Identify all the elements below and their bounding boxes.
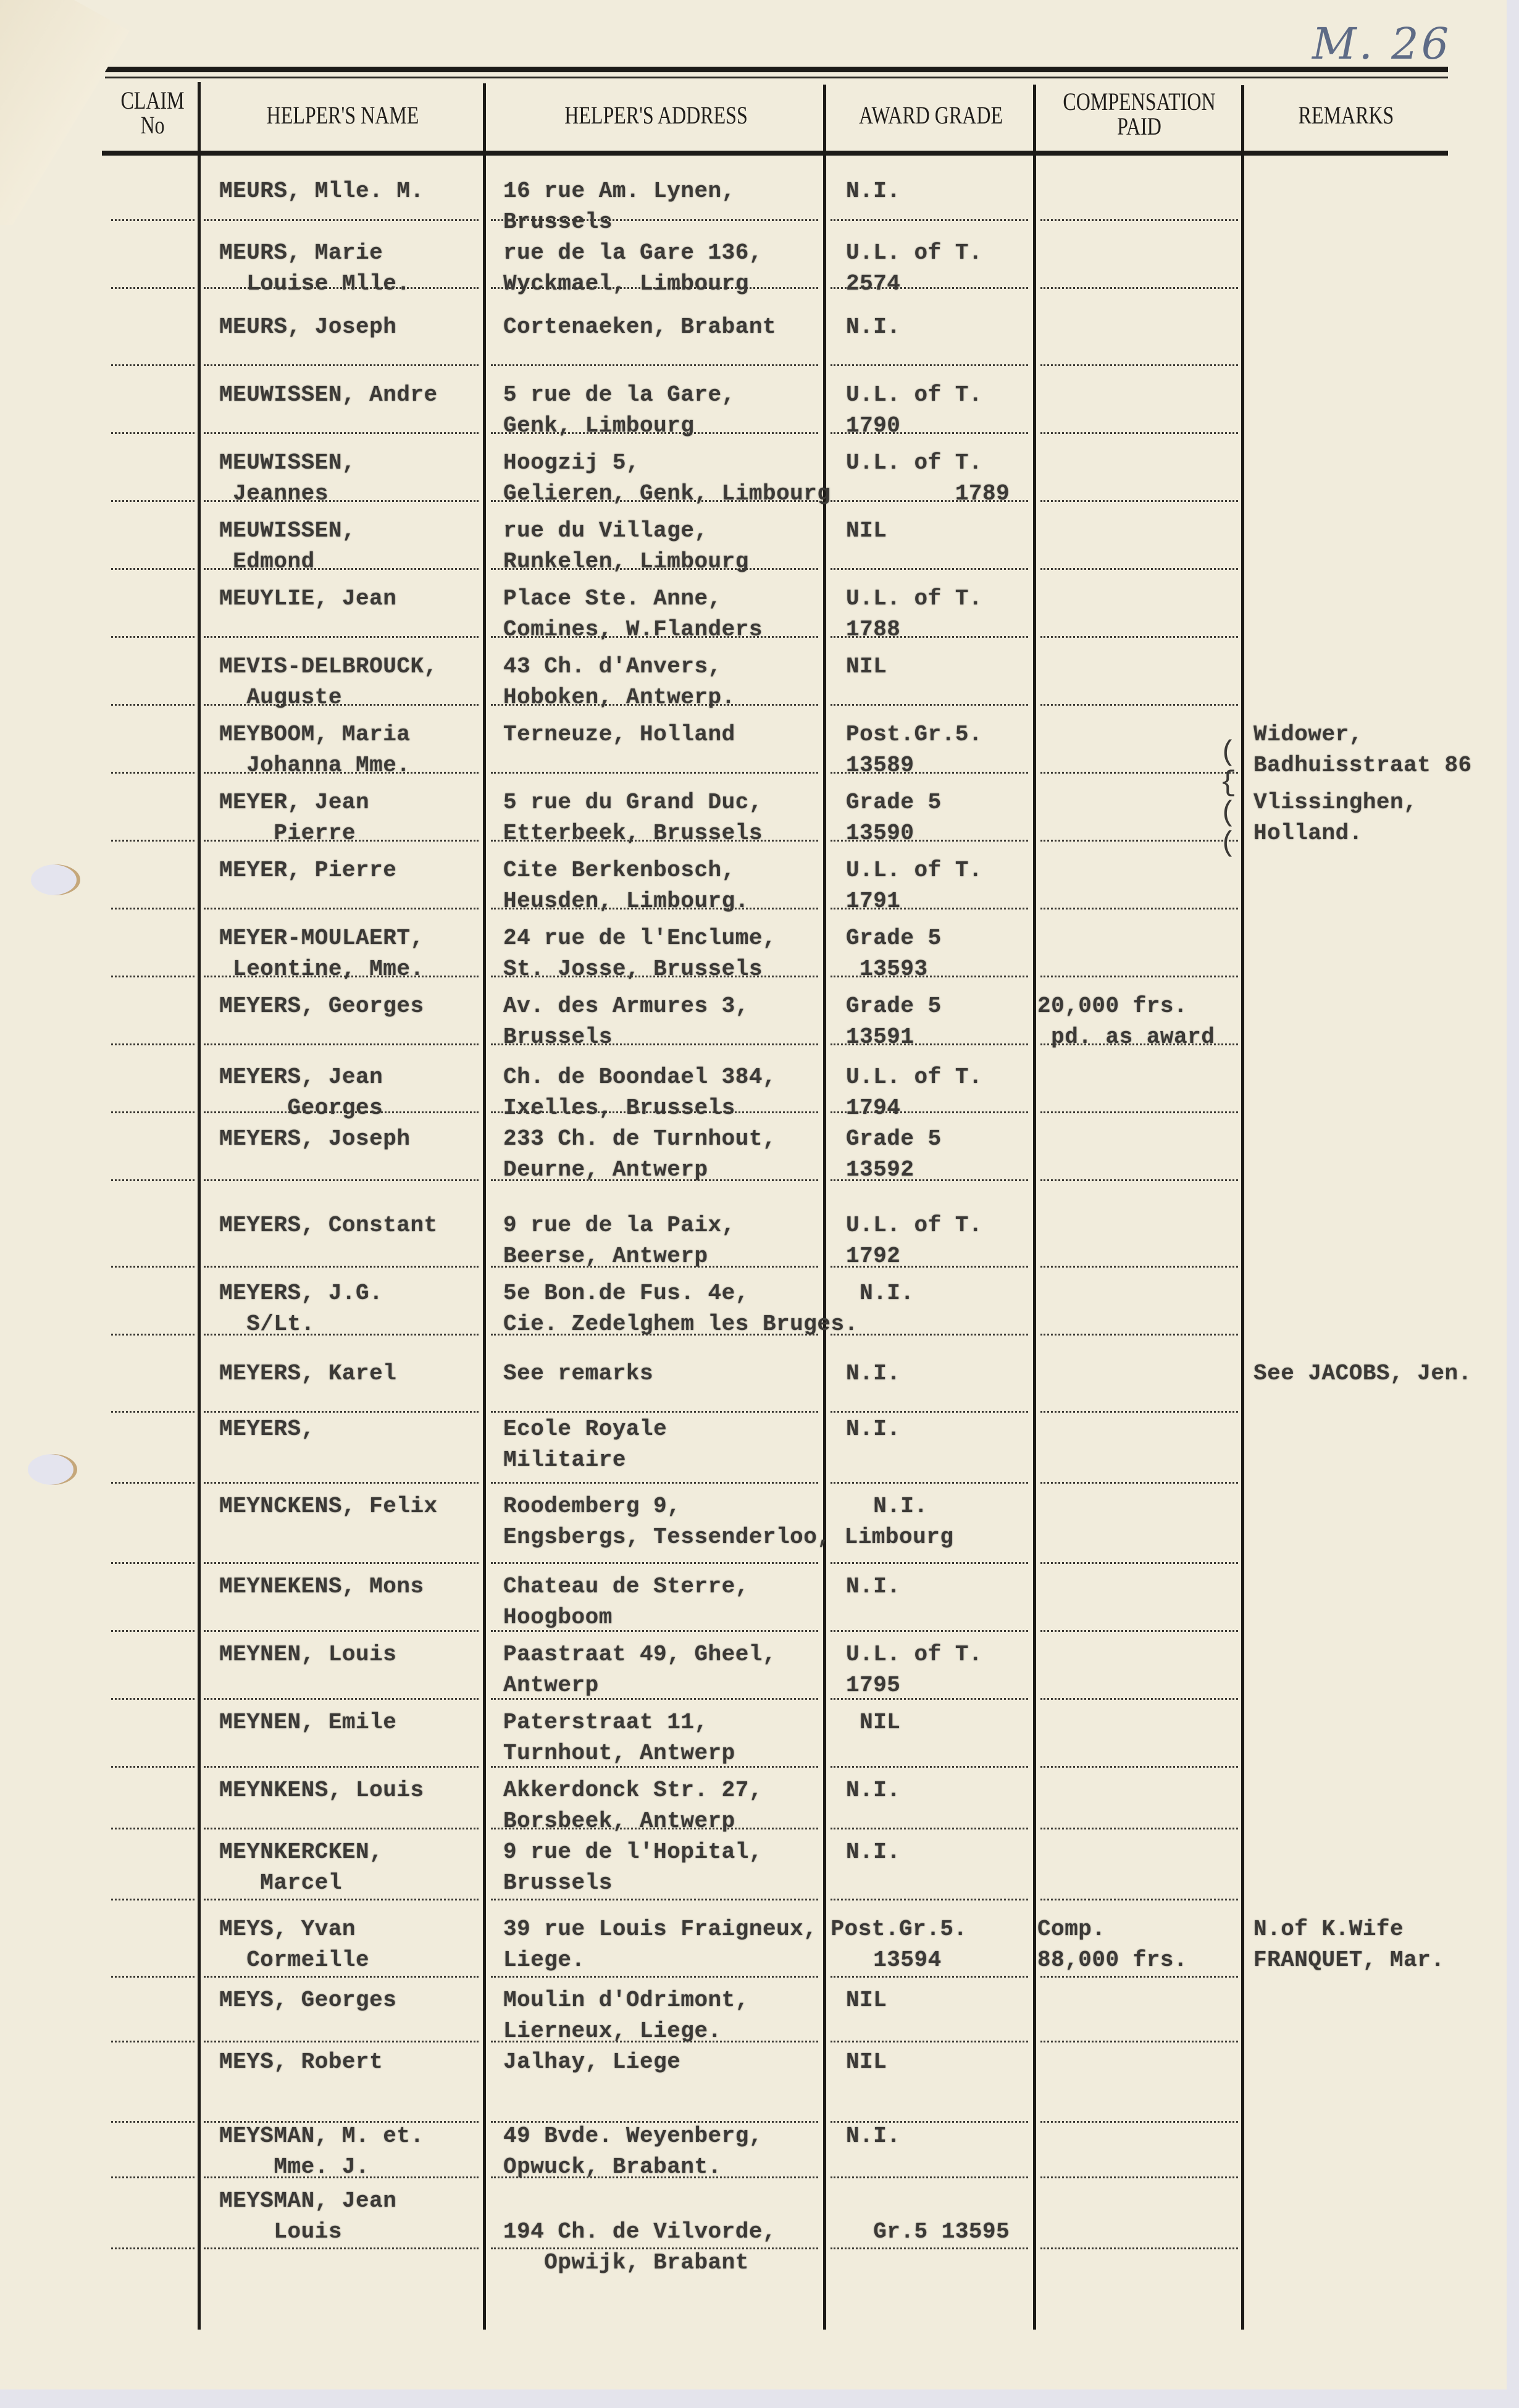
row-separator — [204, 1562, 479, 1564]
row-separator — [831, 1334, 1028, 1336]
header-helper-address: HELPER'S ADDRESS — [488, 102, 824, 127]
row-separator — [1040, 1266, 1238, 1268]
header-remarks: REMARKS — [1244, 102, 1448, 127]
row-separator — [111, 908, 195, 909]
cell-address: Terneuze, Holland — [503, 719, 735, 750]
row-separator — [831, 2041, 1028, 2042]
row-separator — [1040, 1976, 1238, 1978]
row-separator — [491, 364, 818, 366]
row-separator — [1040, 772, 1238, 774]
cell-name: MEYERS, — [219, 1414, 315, 1445]
cell-name: MEYERS, Jean Georges — [219, 1062, 383, 1124]
cell-address: 9 rue de l'Hopital, Brussels — [503, 1837, 763, 1899]
row-separator — [491, 636, 818, 638]
cell-remarks: Widower, Badhuisstraat 86 — [1253, 719, 1472, 781]
row-separator — [491, 2041, 818, 2042]
row-separator — [491, 1411, 818, 1413]
cell-name: MEYSMAN, Jean Louis — [219, 2186, 396, 2247]
row-separator — [1040, 1828, 1238, 1829]
row-separator — [204, 704, 479, 706]
header-compensation-paid: COMPENSATION PAID — [1037, 89, 1241, 138]
row-separator — [491, 704, 818, 706]
row-separator — [831, 568, 1028, 570]
row-separator — [831, 1698, 1028, 1700]
header-bottom-rule — [102, 151, 1448, 156]
cell-award: 13594 — [846, 1914, 942, 1976]
cell-award: N.I. — [846, 1278, 914, 1309]
row-separator — [1040, 1043, 1238, 1045]
row-separator — [111, 2041, 195, 2042]
row-separator — [204, 1976, 479, 1978]
row-separator — [491, 772, 818, 774]
ledger-page: M. 26 CLAIM No HELPER'S NAME HELPER'S AD… — [0, 0, 1507, 2389]
row-separator — [491, 1899, 818, 1900]
cell-address: Chateau de Sterre, Hoogboom — [503, 1571, 749, 1633]
row-separator — [1040, 2121, 1238, 2123]
row-separator — [491, 1043, 818, 1045]
cell-award: U.L. of T. 1792 — [846, 1210, 982, 1272]
cell-name: MEURS, Marie Louise Mlle. — [219, 238, 410, 299]
cell-name: MEYNEN, Louis — [219, 1639, 396, 1670]
cell-address: 9 rue de la Paix, Beerse, Antwerp — [503, 1210, 735, 1272]
cell-remarks: See JACOBS, Jen. — [1253, 1358, 1472, 1389]
row-separator — [1040, 287, 1238, 289]
row-separator — [111, 1698, 195, 1700]
row-separator — [1040, 1899, 1238, 1900]
row-separator — [111, 772, 195, 774]
row-separator — [491, 1766, 818, 1768]
row-separator — [111, 1266, 195, 1268]
row-separator — [1040, 219, 1238, 221]
row-separator — [831, 1482, 1028, 1484]
row-separator — [111, 219, 195, 221]
row-separator — [111, 1411, 195, 1413]
row-separator — [491, 840, 818, 842]
row-separator — [491, 1976, 818, 1978]
row-separator — [1040, 1179, 1238, 1181]
row-separator — [491, 219, 818, 221]
row-separator — [831, 840, 1028, 842]
cell-address: 16 rue Am. Lynen, Brussels — [503, 176, 735, 238]
row-separator — [204, 2176, 479, 2178]
row-separator — [1040, 908, 1238, 909]
header-claim-no: CLAIM No — [106, 88, 199, 137]
row-separator — [831, 219, 1028, 221]
row-separator — [204, 2247, 479, 2249]
row-separator — [1040, 704, 1238, 706]
cell-award: NIL — [846, 651, 887, 682]
row-separator — [491, 287, 818, 289]
cell-award: N.I. — [846, 1775, 900, 1806]
row-separator — [491, 2176, 818, 2178]
cell-address: Paterstraat 11, Turnhout, Antwerp — [503, 1707, 735, 1769]
row-separator — [831, 772, 1028, 774]
row-separator — [491, 432, 818, 434]
cell-award: N.I. — [846, 1358, 900, 1389]
row-separator — [204, 976, 479, 977]
cell-address: Jalhay, Liege — [503, 2047, 680, 2078]
row-separator — [204, 1899, 479, 1900]
row-separator — [831, 1179, 1028, 1181]
header-second-rule — [105, 77, 1448, 78]
row-separator — [111, 1334, 195, 1336]
cell-award: NIL — [846, 1707, 900, 1738]
header-award-grade: AWARD GRADE — [827, 102, 1034, 127]
row-separator — [1040, 2041, 1238, 2042]
cell-name: MEYER, Pierre — [219, 855, 396, 886]
punch-hole — [28, 1454, 77, 1485]
cell-name: MEUYLIE, Jean — [219, 583, 396, 614]
row-separator — [491, 1179, 818, 1181]
row-separator — [491, 1698, 818, 1700]
row-separator — [1040, 1562, 1238, 1564]
row-separator — [1040, 1111, 1238, 1113]
row-separator — [831, 1111, 1028, 1113]
row-separator — [204, 1482, 479, 1484]
row-separator — [491, 1562, 818, 1564]
cell-name: MEYNKENS, Louis — [219, 1775, 424, 1806]
cell-award: Grade 5 13592 — [846, 1124, 942, 1185]
row-separator — [1040, 364, 1238, 366]
row-separator — [831, 1630, 1028, 1632]
row-separator — [1040, 1482, 1238, 1484]
row-separator — [831, 432, 1028, 434]
cell-comp: Comp. 88,000 frs. — [1037, 1914, 1187, 1976]
cell-address: rue de la Gare 136, Wyckmael, Limbourg — [503, 238, 763, 299]
row-separator — [831, 976, 1028, 977]
cell-name: MEYNKERCKEN, Marcel — [219, 1837, 383, 1899]
row-separator — [204, 219, 479, 221]
cell-address: Moulin d'Odrimont, Lierneux, Liege. — [503, 1985, 749, 2047]
cell-address: 5e Bon.de Fus. 4e, Cie. Zedelghem les Br… — [503, 1278, 858, 1340]
row-separator — [491, 1828, 818, 1829]
row-separator — [1040, 1411, 1238, 1413]
cell-award: U.L. of T. 1794 — [846, 1062, 982, 1124]
cell-name: MEUWISSEN, Andre — [219, 380, 438, 411]
row-separator — [111, 840, 195, 842]
row-separator — [491, 500, 818, 502]
cell-address: Ch. de Boondael 384, Ixelles, Brussels — [503, 1062, 776, 1124]
cell-award: N.I. — [846, 312, 900, 343]
row-separator — [831, 1266, 1028, 1268]
row-separator — [204, 432, 479, 434]
cell-award: N.I. — [846, 1414, 900, 1445]
row-separator — [491, 1266, 818, 1268]
row-separator — [111, 1179, 195, 1181]
header-top-rule — [105, 67, 1448, 72]
row-separator — [831, 1411, 1028, 1413]
cell-name: MEYNEKENS, Mons — [219, 1571, 424, 1602]
cell-award: N.I. — [846, 1837, 900, 1868]
row-separator — [831, 2247, 1028, 2249]
cell-award: Gr.5 13595 — [846, 2186, 1010, 2247]
header-helper-name: HELPER'S NAME — [201, 102, 485, 127]
cell-address: 233 Ch. de Turnhout, Deurne, Antwerp — [503, 1124, 776, 1185]
row-separator — [204, 1828, 479, 1829]
column-divider — [1033, 85, 1036, 2330]
row-separator — [111, 2247, 195, 2249]
cell-award: N.I. — [846, 1571, 900, 1602]
row-separator — [1040, 2176, 1238, 2178]
row-separator — [111, 1976, 195, 1978]
row-separator — [1040, 636, 1238, 638]
cell-award: U.L. of T. 2574 — [846, 238, 982, 299]
cell-name: MEYERS, Karel — [219, 1358, 396, 1389]
cell-name: MEYSMAN, M. et. Mme. J. — [219, 2121, 424, 2183]
row-separator — [111, 2176, 195, 2178]
row-separator — [204, 1334, 479, 1336]
column-divider — [823, 85, 826, 2330]
cell-name: MEYERS, J.G. S/Lt. — [219, 1278, 383, 1340]
row-separator — [831, 1766, 1028, 1768]
row-separator — [111, 1562, 195, 1564]
cell-name: MEYNCKENS, Felix — [219, 1491, 438, 1522]
row-separator — [1040, 500, 1238, 502]
row-separator — [111, 1043, 195, 1045]
row-separator — [111, 636, 195, 638]
row-separator — [111, 432, 195, 434]
cell-address: Ecole Royale Militaire — [503, 1414, 667, 1476]
row-separator — [1040, 1766, 1238, 1768]
row-separator — [111, 287, 195, 289]
row-separator — [204, 287, 479, 289]
row-separator — [491, 2247, 818, 2249]
row-separator — [1040, 1698, 1238, 1700]
row-separator — [204, 1766, 479, 1768]
punch-hole — [31, 864, 80, 895]
row-separator — [831, 1043, 1028, 1045]
column-divider — [198, 82, 201, 2330]
cell-award: NIL — [846, 2047, 887, 2078]
cell-address: 49 Bvde. Weyenberg, Opwuck, Brabant. — [503, 2121, 763, 2183]
cell-remarks: N.of K.Wife FRANQUET, Mar. — [1253, 1914, 1444, 1976]
row-separator — [831, 908, 1028, 909]
row-separator — [491, 1111, 818, 1113]
cell-award: N.I. — [846, 1491, 928, 1522]
row-separator — [111, 976, 195, 977]
cell-award: N.I. — [846, 176, 900, 207]
row-separator — [831, 704, 1028, 706]
cell-name: MEYS, Robert — [219, 2047, 383, 2078]
row-separator — [111, 1899, 195, 1900]
page-id-annotation: M. 26 — [1312, 19, 1451, 69]
row-separator — [491, 1482, 818, 1484]
row-separator — [204, 1043, 479, 1045]
remarks-brace: ({(( — [1220, 738, 1238, 859]
cell-award: N.I. — [846, 2121, 900, 2152]
row-separator — [831, 1562, 1028, 1564]
cell-address: Cortenaeken, Brabant — [503, 312, 776, 343]
row-separator — [204, 2041, 479, 2042]
row-separator — [111, 704, 195, 706]
row-separator — [831, 1899, 1028, 1900]
row-separator — [111, 2121, 195, 2123]
row-separator — [204, 1411, 479, 1413]
row-separator — [1040, 1630, 1238, 1632]
cell-name: MEYS, Georges — [219, 1985, 396, 2016]
cell-award: U.L. of T. 1795 — [846, 1639, 982, 1701]
cell-address: Paastraat 49, Gheel, Antwerp — [503, 1639, 776, 1701]
cell-award: NIL — [846, 516, 887, 546]
cell-name: MEYNEN, Emile — [219, 1707, 396, 1738]
row-separator — [204, 1179, 479, 1181]
row-separator — [831, 364, 1028, 366]
cell-name: MEYERS, Constant — [219, 1210, 438, 1241]
row-separator — [1040, 2247, 1238, 2249]
cell-remarks: Vlissinghen, Holland. — [1253, 787, 1417, 849]
row-separator — [831, 287, 1028, 289]
cell-address: See remarks — [503, 1358, 653, 1389]
row-separator — [111, 568, 195, 570]
cell-address: 194 Ch. de Vilvorde, Opwijk, Brabant — [503, 2186, 776, 2278]
row-separator — [831, 500, 1028, 502]
row-separator — [204, 1630, 479, 1632]
cell-name: MEYERS, Joseph — [219, 1124, 410, 1155]
cell-name: MEYERS, Georges — [219, 991, 424, 1022]
cell-name: MEYS, Yvan Cormeille — [219, 1914, 369, 1976]
row-separator — [1040, 432, 1238, 434]
row-separator — [1040, 840, 1238, 842]
row-separator — [111, 1482, 195, 1484]
row-separator — [491, 908, 818, 909]
row-separator — [491, 976, 818, 977]
row-separator — [831, 1976, 1028, 1978]
cell-name: MEURS, Mlle. M. — [219, 176, 424, 207]
row-separator — [111, 1766, 195, 1768]
row-separator — [1040, 976, 1238, 977]
row-separator — [204, 364, 479, 366]
column-divider — [1241, 85, 1244, 2330]
row-separator — [111, 1630, 195, 1632]
row-separator — [204, 908, 479, 909]
row-separator — [204, 1698, 479, 1700]
row-separator — [1040, 1334, 1238, 1336]
row-separator — [204, 1111, 479, 1113]
row-separator — [111, 364, 195, 366]
cell-name: MEURS, Joseph — [219, 312, 396, 343]
row-separator — [111, 1111, 195, 1113]
column-divider — [483, 83, 486, 2330]
row-separator — [831, 1828, 1028, 1829]
row-separator — [204, 772, 479, 774]
row-separator — [204, 500, 479, 502]
cell-award: NIL — [846, 1985, 887, 2016]
row-separator — [204, 840, 479, 842]
row-separator — [204, 568, 479, 570]
row-separator — [204, 1266, 479, 1268]
row-separator — [1040, 568, 1238, 570]
row-separator — [204, 636, 479, 638]
row-separator — [491, 1334, 818, 1336]
row-separator — [831, 636, 1028, 638]
row-separator — [111, 500, 195, 502]
row-separator — [111, 1828, 195, 1829]
row-separator — [831, 2176, 1028, 2178]
row-separator — [491, 1630, 818, 1632]
row-separator — [491, 568, 818, 570]
